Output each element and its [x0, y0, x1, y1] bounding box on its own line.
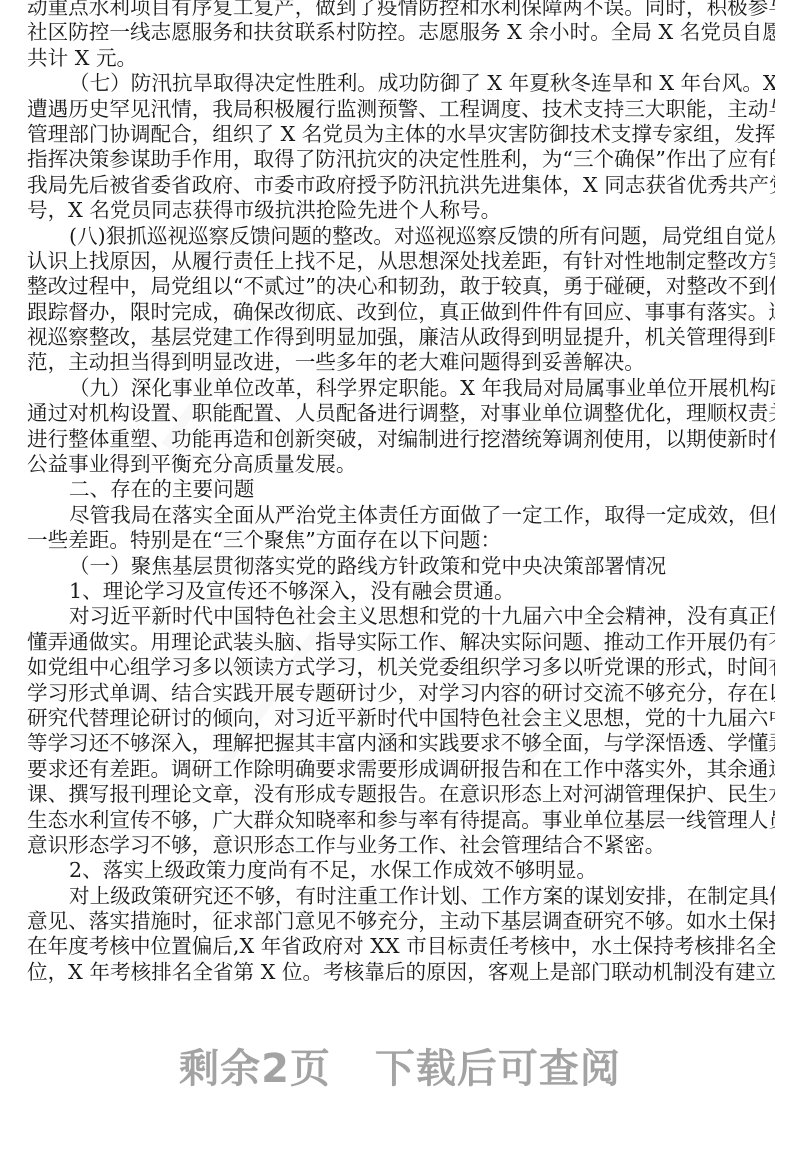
document-text-line: 共计 X 元。: [27, 46, 775, 71]
document-text-line: 尽管我局在落实全面从严治党主体责任方面做了一定工作，取得一定成效，但仍存在: [27, 503, 775, 528]
document-text-line: 我局先后被省委省政府、市委市政府授予防汛抗洪先进集体，X 同志获省优秀共产党员称: [27, 173, 775, 198]
document-text-line: （一）聚焦基层贯彻落实党的路线方针政策和党中央决策部署情况: [27, 554, 775, 579]
remaining-pages-banner[interactable]: 剩余2页下载后可查阅: [0, 1040, 800, 1098]
document-text-line: 意见、落实措施时，征求部门意见不够充分，主动下基层调查研究不够。如水土保持工作: [27, 909, 775, 934]
remaining-pages-label: 剩余2页: [179, 1046, 331, 1092]
document-text-line: 对上级政策研究还不够，有时注重工作计划、工作方案的谋划安排，在制定具体落实: [27, 884, 775, 909]
document-text-line: 等学习还不够深入，理解把握其丰富内涵和实践要求不够全面，与学深悟透、学懂弄通的: [27, 731, 775, 756]
document-text-line: 整改过程中，局党组以“不贰过”的决心和韧劲，敢于较真，勇于碰硬，对整改不到位的，: [27, 274, 775, 299]
document-text-line: 生态水利宣传不够，广大群众知晓率和参与率有待提高。事业单位基层一线管理人员，对: [27, 808, 775, 833]
document-text-line: 对习近平新时代中国特色社会主义思想和党的十九届六中全会精神，没有真正做到学: [27, 604, 775, 629]
document-text-line: 范，主动担当得到明显改进，一些多年的老大难问题得到妥善解决。: [27, 350, 775, 375]
document-text-line: （九）深化事业单位改革，科学界定职能。X 年我局对局属事业单位开展机构改革。: [27, 376, 775, 401]
download-to-view-label: 下载后可查阅: [375, 1046, 621, 1092]
document-text-line: 管理部门协调配合，组织了 X 名党员为主体的水旱灾害防御技术支撑专家组，发挥防汛: [27, 122, 775, 147]
document-text-line: (八)狠抓巡视巡察反馈问题的整改。对巡视巡察反馈的所有问题，局党组自觉从主观: [27, 224, 775, 249]
document-text-line: 视巡察整改，基层党建工作得到明显加强，廉洁从政得到明显提升，机关管理得到明显规: [27, 325, 775, 350]
document-text-line: 研究代替理论研讨的倾向，对习近平新时代中国特色社会主义思想，党的十九届六中全会: [27, 706, 775, 731]
document-page: 动重点水利项目有序复工复产，做到了疫情防控和水利保障两不误。同时，积极参与城市社…: [27, 0, 775, 985]
document-text-line: 二、存在的主要问题: [27, 477, 775, 502]
document-text-line: 课、撰写报刊理论文章，没有形成专题报告。在意识形态上对河湖管理保护、民生水利和: [27, 782, 775, 807]
document-text-line: 学习形式单调、结合实践开展专题研讨少，对学习内容的研讨交流不够充分，存在以工作: [27, 681, 775, 706]
document-text-line: 社区防控一线志愿服务和扶贫联系村防控。志愿服务 X 余小时。全局 X 名党员自愿…: [27, 20, 775, 45]
document-text-line: 如党组中心组学习多以领读方式学习，机关党委组织学习多以听党课的形式，时间有限，: [27, 655, 775, 680]
document-text-line: 懂弄通做实。用理论武装头脑、指导实际工作、解决实际问题、推动工作开展仍有不足。: [27, 630, 775, 655]
document-text-line: （七）防汛抗旱取得决定性胜利。成功防御了 X 年夏秋冬连旱和 X 年台风。X 年…: [27, 71, 775, 96]
document-text-line: 指挥决策参谋助手作用，取得了防汛抗灾的决定性胜利，为“三个确保”作出了应有的贡献…: [27, 147, 775, 172]
document-text-line: 认识上找原因，从履行责任上找不足，从思想深处找差距，有针对性地制定整改方案。在: [27, 249, 775, 274]
document-text-line: 进行整体重塑、功能再造和创新突破，对编制进行挖潜统筹调剂使用，以期使新时代 X: [27, 427, 775, 452]
document-text-line: 2、落实上级政策力度尚有不足，水保工作成效不够明显。: [27, 858, 775, 883]
document-text-line: 动重点水利项目有序复工复产，做到了疫情防控和水利保障两不误。同时，积极参与城市: [27, 0, 775, 20]
document-text-line: 1、理论学习及宣传还不够深入，没有融会贯通。: [27, 579, 775, 604]
document-text-line: 一些差距。特别是在“三个聚焦”方面存在以下问题：: [27, 528, 775, 553]
document-text-line: 通过对机构设置、职能配置、人员配备进行调整，对事业单位调整优化，理顺权责关系，: [27, 401, 775, 426]
document-text-line: 遭遇历史罕见汛情，我局积极履行监测预警、工程调度、技术支持三大职能，主动与应急: [27, 97, 775, 122]
document-text-line: 在年度考核中位置偏后,X 年省政府对 XX 市目标责任考核中，水土保持考核排名全…: [27, 934, 775, 959]
document-text-line: 公益事业得到平衡充分高质量发展。: [27, 452, 775, 477]
document-text-line: 跟踪督办，限时完成，确保改彻底、改到位，真正做到件件有回应、事事有落实。通过巡: [27, 300, 775, 325]
document-text-line: 意识形态学习不够，意识形态工作与业务工作、社会管理结合不紧密。: [27, 833, 775, 858]
document-text-line: 位，X 年考核排名全省第 X 位。考核靠后的原因，客观上是部门联动机制没有建立，…: [27, 960, 775, 985]
document-text-line: 号，X 名党员同志获得市级抗洪抢险先进个人称号。: [27, 198, 775, 223]
document-text-line: 要求还有差距。调研工作除明确要求需要形成调研报告和在工作中落实外，其余通过讲党: [27, 757, 775, 782]
